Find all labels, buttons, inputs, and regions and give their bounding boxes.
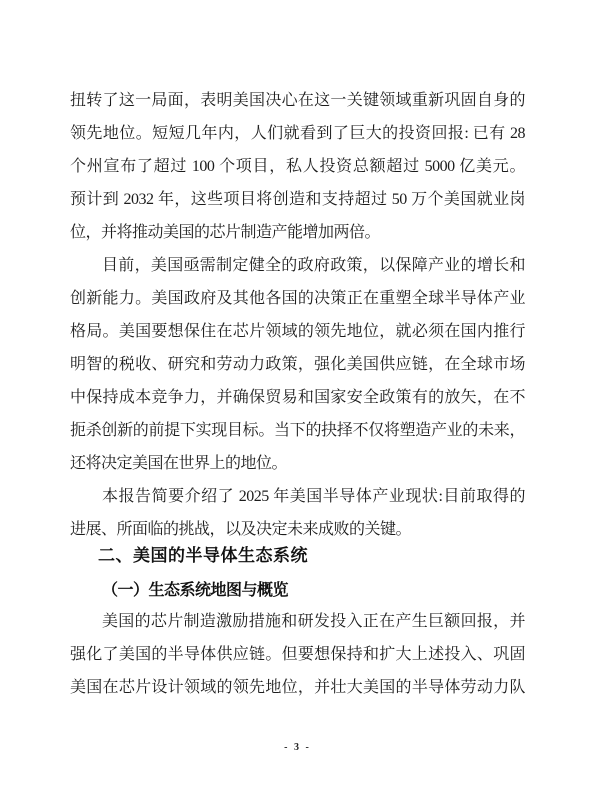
text-line: 创新能力。美国政府及其他各国的决策正在重塑全球半导体产业 <box>70 282 525 315</box>
text-line: 格局。美国要想保住在芯片领域的领先地位，就必须在国内推行 <box>70 315 525 348</box>
text-line: 预计到 2032 年，这些项目将创造和支持超过 50 万个美国就业岗 <box>70 183 525 216</box>
text-line: 进展、所面临的挑战，以及决定未来成败的关键。 <box>70 513 525 546</box>
text-line: 扼杀创新的前提下实现目标。当下的抉择不仅将塑造产业的未来， <box>70 414 525 447</box>
body-paragraph-4: 美国的芯片制造激励措施和研发投入正在产生巨额回报，并 强化了美国的半导体供应链。… <box>70 605 525 704</box>
document-page: 扭转了这一局面，表明美国决心在这一关键领域重新巩固自身的 领先地位。短短几年内，… <box>0 0 595 807</box>
body-paragraph-2: 目前，美国亟需制定健全的政府政策，以保障产业的增长和 创新能力。美国政府及其他各… <box>70 249 525 480</box>
text-body: 扭转了这一局面，表明美国决心在这一关键领域重新巩固自身的 领先地位。短短几年内，… <box>70 84 525 704</box>
text-line: 目前，美国亟需制定健全的政府政策，以保障产业的增长和 <box>70 249 525 282</box>
text-line: 本报告简要介绍了 2025 年美国半导体产业现状:目前取得的 <box>70 480 525 513</box>
text-line: 中保持成本竞争力，并确保贸易和国家安全政策有的放矢，在不 <box>70 381 525 414</box>
text-line: 位，并将推动美国的芯片制造产能增加两倍。 <box>70 216 525 249</box>
body-paragraph-1: 扭转了这一局面，表明美国决心在这一关键领域重新巩固自身的 领先地位。短短几年内，… <box>70 84 525 249</box>
text-line: 明智的税收、研究和劳动力政策，强化美国供应链，在全球市场 <box>70 348 525 381</box>
text-line: 领先地位。短短几年内，人们就看到了巨大的投资回报: 已有 28 <box>70 117 525 150</box>
section-heading: 二、美国的半导体生态系统 <box>98 543 525 569</box>
text-line: 强化了美国的半导体供应链。但要想保持和扩大上述投入、巩固 <box>70 638 525 671</box>
text-line: 扭转了这一局面，表明美国决心在这一关键领域重新巩固自身的 <box>70 84 525 117</box>
page-number: - 3 - <box>0 742 595 753</box>
subsection-heading: （一）生态系统地图与概览 <box>102 578 525 604</box>
text-line: 美国的芯片制造激励措施和研发投入正在产生巨额回报，并 <box>70 605 525 638</box>
text-line: 美国在芯片设计领域的领先地位，并壮大美国的半导体劳动力队 <box>70 671 525 704</box>
body-paragraph-3: 本报告简要介绍了 2025 年美国半导体产业现状:目前取得的 进展、所面临的挑战… <box>70 480 525 546</box>
text-line: 还将决定美国在世界上的地位。 <box>70 447 525 480</box>
text-line: 个州宣布了超过 100 个项目，私人投资总额超过 5000 亿美元。 <box>70 150 525 183</box>
